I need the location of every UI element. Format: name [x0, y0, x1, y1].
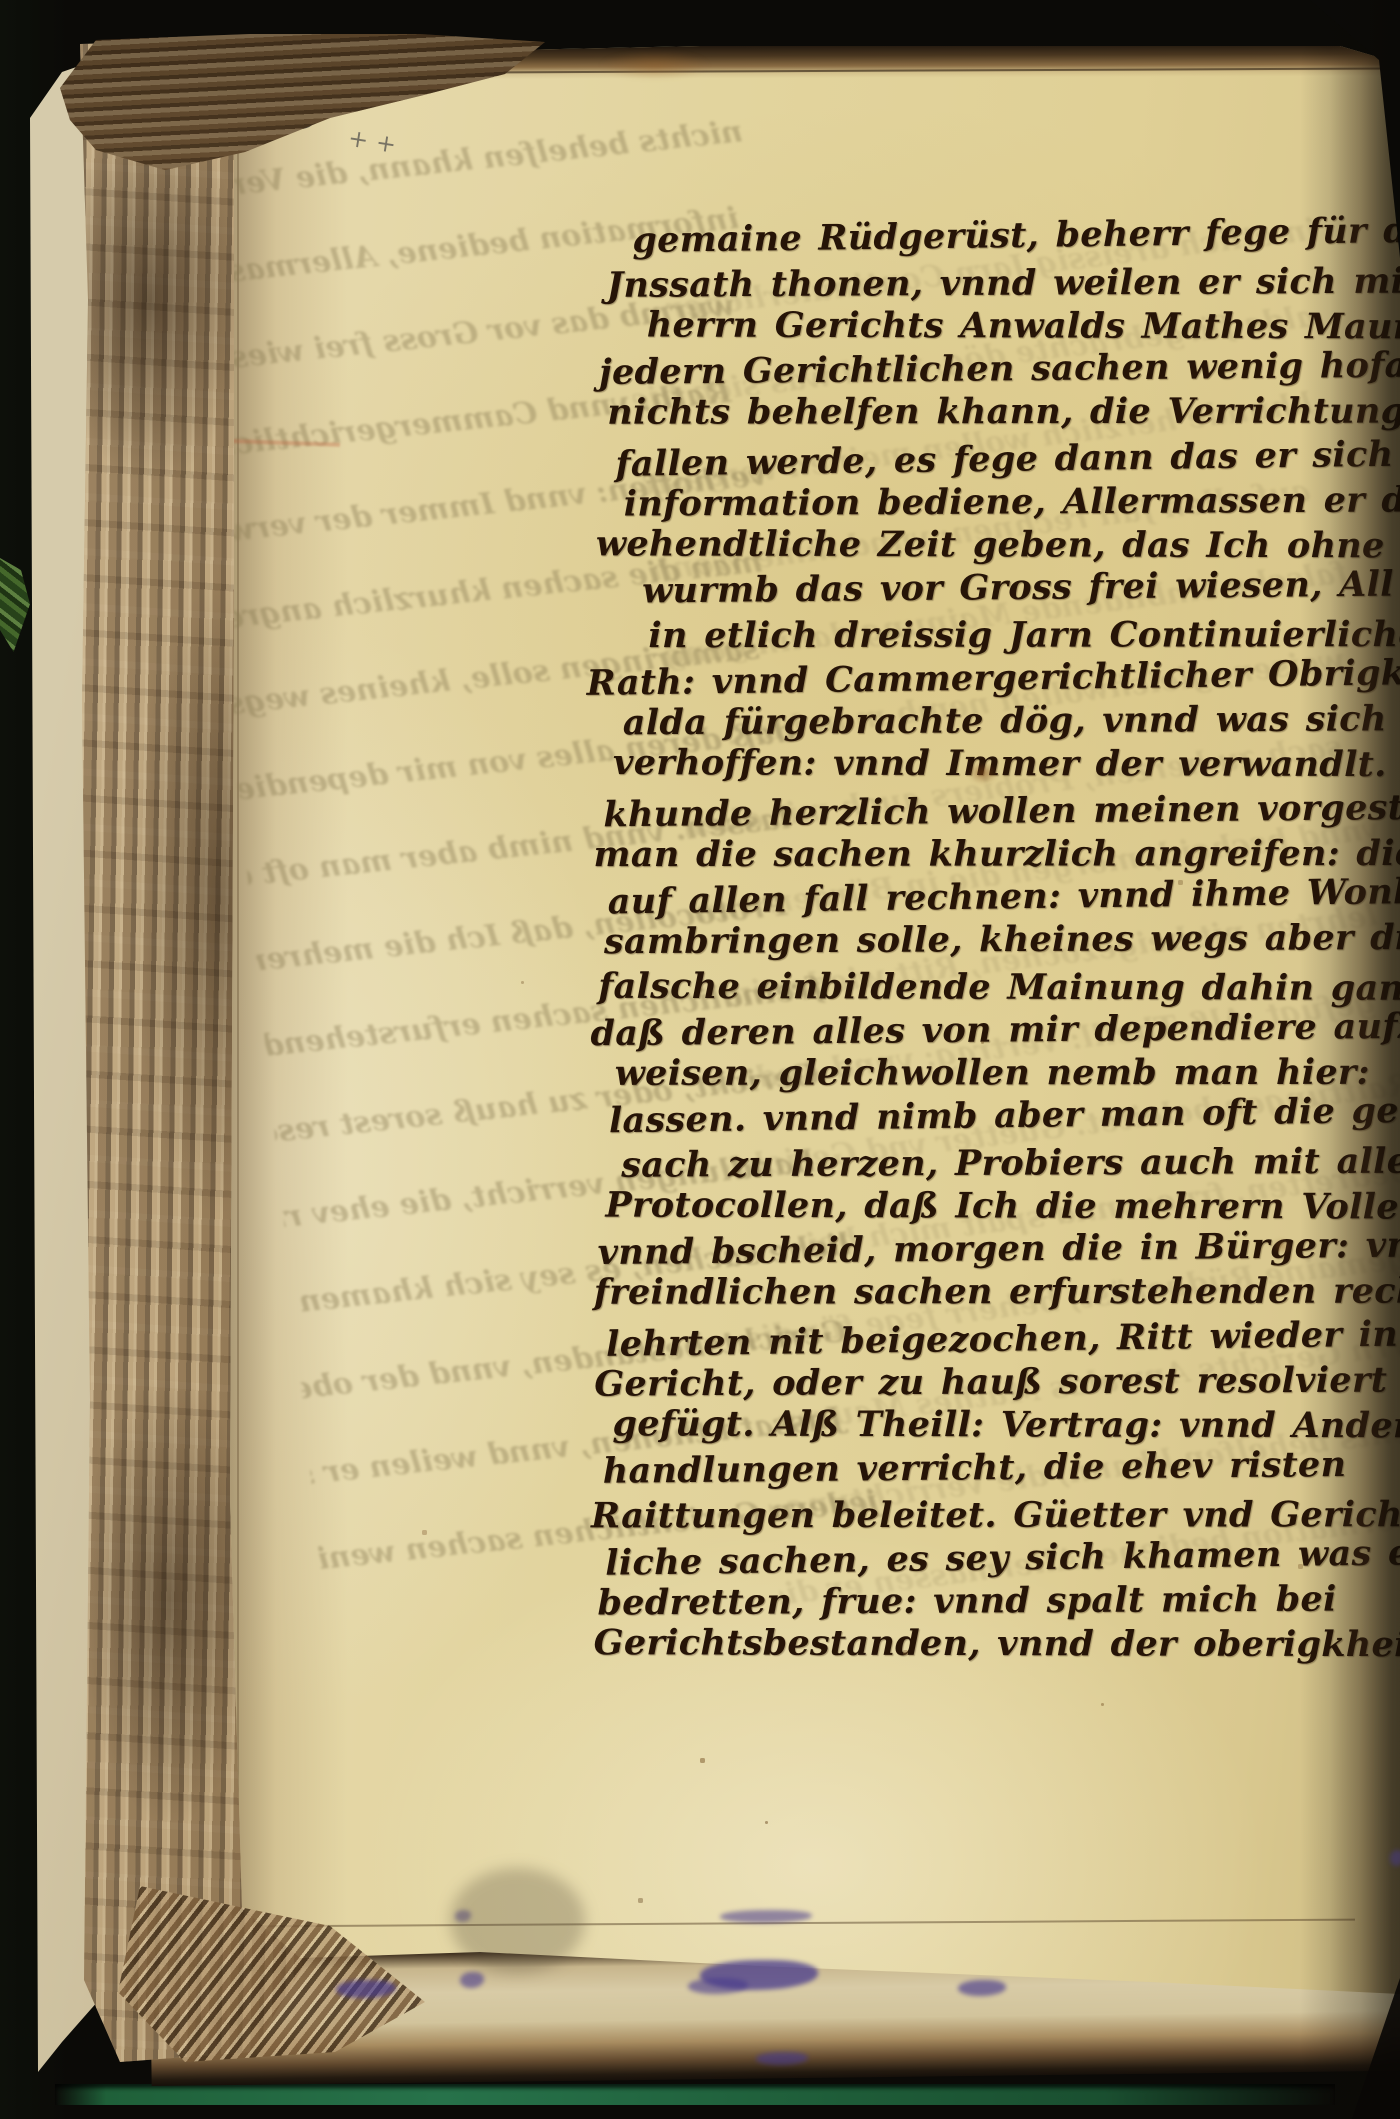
manuscript-line: wurmb das vor Gross frei wiesen, All mei… — [642, 563, 1398, 614]
manuscript-line: information bediene, Allermassen er die — [624, 478, 1398, 526]
manuscript-line: freindlichen sachen erfurstehenden recht… — [594, 1270, 1400, 1315]
manuscript-line: sach zu herzen, Probiers auch mit allen — [621, 1140, 1400, 1188]
manuscript-line: daß deren alles von mir dependiere aufzu — [590, 1005, 1400, 1056]
table-green-strip — [55, 2084, 1335, 2105]
manuscript-line: sambringen solle, kheines wegs aber die — [604, 916, 1400, 964]
manuscript-line: handlungen verricht, die ehev risten — [603, 1443, 1400, 1494]
grey-smudge — [450, 1868, 585, 1973]
manuscript-line: in etlich dreissig Jarn Continuierlicher — [648, 613, 1398, 658]
manuscript-line: falsche einbildende Mainung dahin gang — [598, 965, 1400, 1011]
manuscript-line: Gericht, oder zu hauß sorest resolviert … — [594, 1358, 1400, 1406]
bookmark-cord — [0, 552, 30, 652]
manuscript-line: weisen, gleichwollen nemb man hier: — [615, 1051, 1400, 1096]
manuscript-line: gemaine Rüdgerüst, beherr fege für disen… — [632, 209, 1397, 263]
ink-stain — [1272, 1238, 1292, 1254]
manuscript-line: gefügt. Alß Theill: Vertrag: vnnd Andere… — [612, 1402, 1400, 1448]
manuscript-line: nichts behelfen khann, die Verrichtung s… — [607, 390, 1397, 435]
manuscript-line: khunde herzlich wollen meinen vorgestölt… — [603, 786, 1399, 837]
manuscript-line: wehendtliche Zeit geben, das Ich ohne ge… — [596, 522, 1398, 568]
manuscript-line: bedretten, frue: vnnd spalt mich bei — [597, 1577, 1400, 1625]
manuscript-line: lassen. vnnd nimb aber man oft die gemei… — [609, 1089, 1400, 1143]
manuscript-line: Raittungen beleitet. Güetter vnd Gericht… — [591, 1493, 1400, 1538]
ink-smudge — [1390, 1850, 1400, 1866]
right-edge-shadow — [1300, 0, 1400, 2119]
paper-specks — [0, 0, 1, 1]
manuscript-line: Protocollen, daß Ich die mehrern Vollen — [605, 1184, 1400, 1230]
manuscript-photo: nichts behelfen khann, die Verrichtung s… — [0, 0, 1400, 2119]
water-stain — [600, 50, 710, 80]
manuscript-line: verhoffen: vnnd Immer der verwandlt. Zu … — [613, 741, 1399, 787]
manuscript-line: herrn Gerichts Anwalds Mathes Maurer — [647, 304, 1397, 350]
manuscript-line: jedern Gerichtlichen sachen wenig hofahr… — [599, 344, 1397, 395]
ink-stain — [968, 762, 998, 784]
manuscript-line: man die sachen khurzlich angreifen: die … — [594, 832, 1400, 877]
manuscript-line: alda fürgebrachte dög, vnnd was sich hie… — [623, 697, 1399, 745]
manuscript-line: Gerichtsbestanden, vnnd der oberigkheit … — [594, 1621, 1400, 1667]
manuscript-line: Jnssath thonen, vnnd weilen er sich mit … — [606, 260, 1396, 308]
manuscript-text-block: gemaine Rüdgerüst, beherr fege für disen… — [584, 214, 1400, 1670]
